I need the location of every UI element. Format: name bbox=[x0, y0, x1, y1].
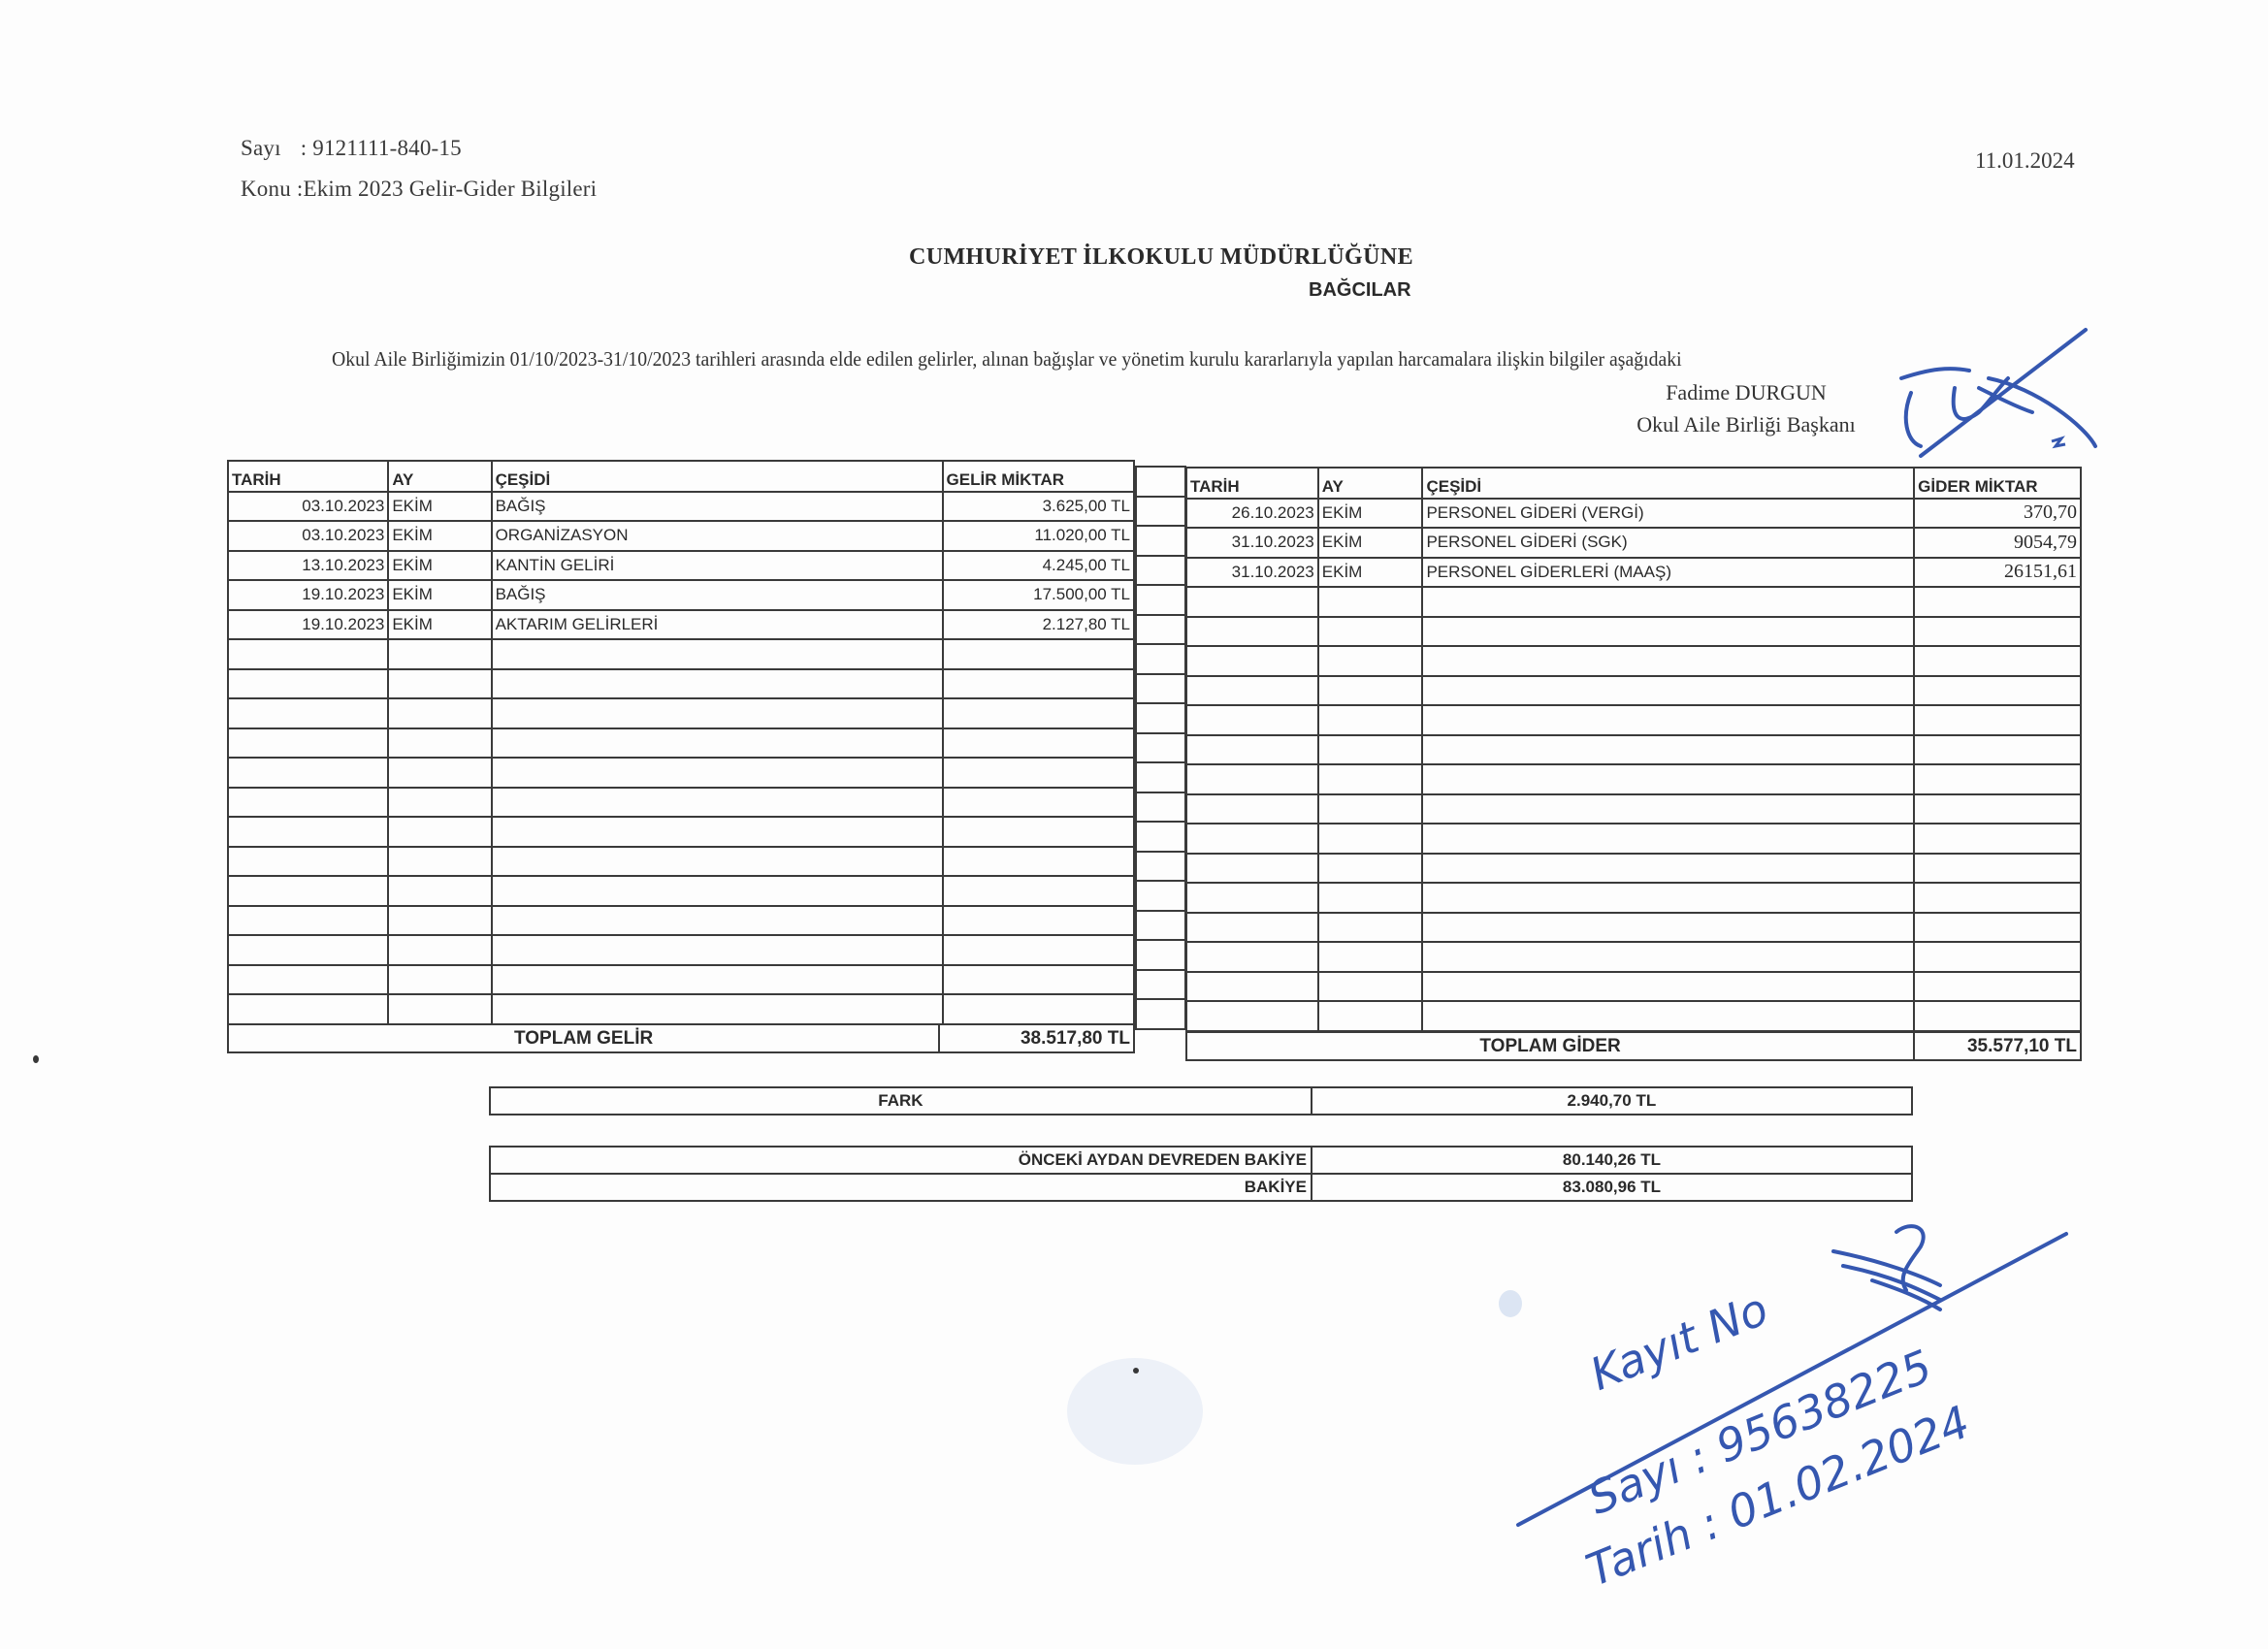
expense-cell-amount bbox=[1914, 972, 2081, 1002]
spacer-cell bbox=[1136, 674, 1185, 704]
income-cell-month bbox=[388, 758, 491, 788]
expense-header-type: ÇEŞİDİ bbox=[1422, 468, 1914, 499]
expense-cell-date bbox=[1186, 735, 1318, 765]
expense-cell-type bbox=[1422, 705, 1914, 735]
previous-balance-value: 80.140,26 TL bbox=[1312, 1147, 1912, 1174]
income-header-amount: GELİR MİKTAR bbox=[943, 461, 1134, 492]
income-cell-amount bbox=[943, 994, 1134, 1024]
expense-row: 31.10.2023EKİMPERSONEL GİDERLERİ (MAAŞ)2… bbox=[1186, 558, 2081, 588]
income-cell-type bbox=[492, 698, 943, 728]
income-table: TARİH AY ÇEŞİDİ GELİR MİKTAR 03.10.2023E… bbox=[227, 460, 1135, 1025]
balance-label: BAKİYE bbox=[490, 1174, 1312, 1201]
income-cell-amount bbox=[943, 847, 1134, 877]
expense-cell-month bbox=[1318, 794, 1423, 824]
income-cell-amount bbox=[943, 669, 1134, 699]
income-cell-amount bbox=[943, 639, 1134, 669]
expense-total-value: 35.577,10 TL bbox=[1914, 1032, 2081, 1060]
expense-cell-type bbox=[1422, 972, 1914, 1002]
income-cell-month bbox=[388, 728, 491, 759]
income-cell-type bbox=[492, 965, 943, 995]
income-total-table: TOPLAM GELİR 38.517,80 TL bbox=[227, 1023, 1135, 1053]
expense-row bbox=[1186, 913, 2081, 943]
difference-table: FARK 2.940,70 TL bbox=[489, 1086, 1913, 1115]
expense-cell-date: 31.10.2023 bbox=[1186, 528, 1318, 558]
income-cell-date: 03.10.2023 bbox=[228, 521, 388, 551]
expense-row bbox=[1186, 883, 2081, 913]
income-cell-type: ORGANİZASYON bbox=[492, 521, 943, 551]
scan-smudge bbox=[1067, 1358, 1203, 1465]
spacer-cell bbox=[1136, 852, 1185, 882]
income-cell-date bbox=[228, 728, 388, 759]
income-cell-date bbox=[228, 994, 388, 1024]
reference-number: Sayı: 9121111-840-15 bbox=[241, 136, 462, 161]
income-row bbox=[228, 906, 1134, 936]
spacer-row bbox=[1136, 970, 1185, 1000]
spacer-cell bbox=[1136, 585, 1185, 615]
income-cell-type bbox=[492, 788, 943, 818]
income-cell-amount bbox=[943, 788, 1134, 818]
expense-cell-type bbox=[1422, 883, 1914, 913]
income-cell-month bbox=[388, 876, 491, 906]
spacer-row bbox=[1136, 762, 1185, 792]
expense-cell-month bbox=[1318, 705, 1423, 735]
income-cell-date bbox=[228, 788, 388, 818]
income-row bbox=[228, 935, 1134, 965]
expense-cell-month bbox=[1318, 942, 1423, 972]
income-row bbox=[228, 965, 1134, 995]
income-header-type: ÇEŞİDİ bbox=[492, 461, 943, 492]
income-cell-amount: 2.127,80 TL bbox=[943, 610, 1134, 640]
expense-row bbox=[1186, 646, 2081, 676]
income-row bbox=[228, 698, 1134, 728]
difference-value: 2.940,70 TL bbox=[1312, 1087, 1912, 1115]
income-cell-date: 19.10.2023 bbox=[228, 610, 388, 640]
income-cell-type bbox=[492, 669, 943, 699]
expense-cell-amount bbox=[1914, 617, 2081, 647]
income-total-label: TOPLAM GELİR bbox=[228, 1024, 939, 1052]
income-cell-type bbox=[492, 994, 943, 1024]
income-cell-month bbox=[388, 847, 491, 877]
income-cell-type bbox=[492, 876, 943, 906]
addressee-title: CUMHURİYET İLKOKULU MÜDÜRLÜĞÜNE bbox=[909, 244, 1413, 271]
spacer-cell bbox=[1136, 940, 1185, 970]
difference-label: FARK bbox=[490, 1087, 1312, 1115]
income-cell-type bbox=[492, 728, 943, 759]
expense-cell-date bbox=[1186, 646, 1318, 676]
expense-row bbox=[1186, 764, 2081, 794]
income-cell-date bbox=[228, 758, 388, 788]
expense-row bbox=[1186, 854, 2081, 884]
signatory-role: Okul Aile Birliği Başkanı bbox=[1591, 412, 1901, 437]
income-row bbox=[228, 994, 1134, 1024]
spacer-cell bbox=[1136, 703, 1185, 733]
expense-cell-amount bbox=[1914, 705, 2081, 735]
income-total-row: TOPLAM GELİR 38.517,80 TL bbox=[228, 1024, 1134, 1052]
income-cell-month: EKİM bbox=[388, 610, 491, 640]
balance-row: BAKİYE 83.080,96 TL bbox=[490, 1174, 1912, 1201]
income-cell-amount bbox=[943, 698, 1134, 728]
expense-cell-date bbox=[1186, 1001, 1318, 1031]
income-cell-type bbox=[492, 639, 943, 669]
income-cell-month: EKİM bbox=[388, 521, 491, 551]
expense-cell-month bbox=[1318, 676, 1423, 706]
income-cell-date bbox=[228, 847, 388, 877]
expense-cell-type bbox=[1422, 587, 1914, 617]
spacer-cell bbox=[1136, 881, 1185, 911]
income-cell-type: BAĞIŞ bbox=[492, 492, 943, 522]
expense-cell-date bbox=[1186, 764, 1318, 794]
scan-dot bbox=[33, 1055, 39, 1063]
income-row: 19.10.2023EKİMAKTARIM GELİRLERİ2.127,80 … bbox=[228, 610, 1134, 640]
expense-cell-amount: 370,70 bbox=[1914, 499, 2081, 529]
income-row bbox=[228, 639, 1134, 669]
income-row: 13.10.2023EKİMKANTİN GELİRİ4.245,00 TL bbox=[228, 551, 1134, 581]
expense-cell-date bbox=[1186, 824, 1318, 854]
expense-row: 31.10.2023EKİMPERSONEL GİDERİ (SGK)9054,… bbox=[1186, 528, 2081, 558]
income-cell-date bbox=[228, 669, 388, 699]
expense-cell-month bbox=[1318, 1001, 1423, 1031]
income-cell-month bbox=[388, 817, 491, 847]
income-cell-month bbox=[388, 698, 491, 728]
expense-cell-type bbox=[1422, 617, 1914, 647]
balance-table: ÖNCEKİ AYDAN DEVREDEN BAKİYE 80.140,26 T… bbox=[489, 1146, 1913, 1202]
subject-value: :Ekim 2023 Gelir-Gider Bilgileri bbox=[297, 177, 597, 201]
spacer-cell bbox=[1136, 467, 1185, 497]
expense-cell-type bbox=[1422, 1001, 1914, 1031]
income-cell-month: EKİM bbox=[388, 551, 491, 581]
income-cell-amount bbox=[943, 935, 1134, 965]
expense-row: 26.10.2023EKİMPERSONEL GİDERİ (VERGİ)370… bbox=[1186, 499, 2081, 529]
spacer-column bbox=[1135, 466, 1186, 1030]
expense-cell-amount bbox=[1914, 1001, 2081, 1031]
income-cell-amount: 3.625,00 TL bbox=[943, 492, 1134, 522]
income-row bbox=[228, 817, 1134, 847]
income-total-value: 38.517,80 TL bbox=[939, 1024, 1134, 1052]
expense-cell-date bbox=[1186, 854, 1318, 884]
expense-cell-amount bbox=[1914, 764, 2081, 794]
spacer-row bbox=[1136, 497, 1185, 527]
spacer-cell bbox=[1136, 556, 1185, 586]
expense-table: TARİH AY ÇEŞİDİ GİDER MİKTAR 26.10.2023E… bbox=[1185, 467, 2082, 1032]
spacer-cell bbox=[1136, 970, 1185, 1000]
income-cell-date bbox=[228, 906, 388, 936]
spacer-row bbox=[1136, 940, 1185, 970]
expense-cell-month bbox=[1318, 587, 1423, 617]
spacer-row bbox=[1136, 999, 1185, 1029]
document-date: 11.01.2024 bbox=[1975, 148, 2075, 174]
income-cell-month bbox=[388, 994, 491, 1024]
expense-cell-amount bbox=[1914, 942, 2081, 972]
expense-cell-amount bbox=[1914, 883, 2081, 913]
scanned-document-page: Sayı: 9121111-840-15 Konu :Ekim 2023 Gel… bbox=[0, 0, 2268, 1649]
income-cell-month bbox=[388, 639, 491, 669]
spacer-row bbox=[1136, 644, 1185, 674]
income-cell-type: KANTİN GELİRİ bbox=[492, 551, 943, 581]
income-cell-amount bbox=[943, 728, 1134, 759]
spacer-cell bbox=[1136, 999, 1185, 1029]
expense-cell-date bbox=[1186, 883, 1318, 913]
income-row bbox=[228, 876, 1134, 906]
expense-cell-date bbox=[1186, 587, 1318, 617]
income-row bbox=[228, 788, 1134, 818]
income-cell-date bbox=[228, 639, 388, 669]
income-cell-type bbox=[492, 847, 943, 877]
expense-cell-type bbox=[1422, 764, 1914, 794]
scan-dot bbox=[1133, 1368, 1139, 1374]
expense-cell-type: PERSONEL GİDERİ (SGK) bbox=[1422, 528, 1914, 558]
income-cell-amount: 4.245,00 TL bbox=[943, 551, 1134, 581]
expense-cell-amount bbox=[1914, 587, 2081, 617]
income-cell-amount bbox=[943, 758, 1134, 788]
expense-header-date: TARİH bbox=[1186, 468, 1318, 499]
expense-cell-type bbox=[1422, 676, 1914, 706]
expense-cell-type bbox=[1422, 735, 1914, 765]
income-cell-date bbox=[228, 965, 388, 995]
expense-row bbox=[1186, 587, 2081, 617]
body-paragraph: Okul Aile Birliğimizin 01/10/2023-31/10/… bbox=[332, 347, 1682, 372]
spacer-row bbox=[1136, 526, 1185, 556]
expense-row bbox=[1186, 617, 2081, 647]
expense-cell-month bbox=[1318, 617, 1423, 647]
expense-cell-amount: 9054,79 bbox=[1914, 528, 2081, 558]
income-cell-type bbox=[492, 817, 943, 847]
expense-row bbox=[1186, 942, 2081, 972]
expense-cell-month bbox=[1318, 854, 1423, 884]
spacer-cell bbox=[1136, 762, 1185, 792]
expense-cell-month: EKİM bbox=[1318, 558, 1423, 588]
expense-cell-amount bbox=[1914, 794, 2081, 824]
reference-number-label: Sayı bbox=[241, 136, 281, 160]
previous-balance-label: ÖNCEKİ AYDAN DEVREDEN BAKİYE bbox=[490, 1147, 1312, 1174]
spacer-row bbox=[1136, 822, 1185, 852]
expense-cell-type bbox=[1422, 913, 1914, 943]
expense-header-month: AY bbox=[1318, 468, 1423, 499]
income-cell-date bbox=[228, 935, 388, 965]
income-cell-month: EKİM bbox=[388, 580, 491, 610]
income-cell-month bbox=[388, 788, 491, 818]
income-cell-amount bbox=[943, 906, 1134, 936]
expense-row bbox=[1186, 972, 2081, 1002]
spacer-cell bbox=[1136, 733, 1185, 763]
expense-total-table: TOPLAM GİDER 35.577,10 TL bbox=[1185, 1031, 2082, 1061]
subject-line: Konu :Ekim 2023 Gelir-Gider Bilgileri bbox=[241, 177, 597, 202]
income-cell-month bbox=[388, 669, 491, 699]
difference-row: FARK 2.940,70 TL bbox=[490, 1087, 1912, 1115]
expense-cell-date bbox=[1186, 794, 1318, 824]
income-cell-type bbox=[492, 906, 943, 936]
income-row bbox=[228, 758, 1134, 788]
income-row bbox=[228, 669, 1134, 699]
expense-row bbox=[1186, 735, 2081, 765]
spacer-row bbox=[1136, 703, 1185, 733]
scan-smudge bbox=[1499, 1290, 1522, 1317]
signature-icon bbox=[1863, 320, 2115, 466]
expense-cell-date bbox=[1186, 676, 1318, 706]
expense-row bbox=[1186, 794, 2081, 824]
expense-cell-month bbox=[1318, 824, 1423, 854]
expense-cell-date: 31.10.2023 bbox=[1186, 558, 1318, 588]
expense-cell-amount bbox=[1914, 824, 2081, 854]
spacer-cell bbox=[1136, 911, 1185, 941]
expense-cell-amount bbox=[1914, 854, 2081, 884]
expense-total-row: TOPLAM GİDER 35.577,10 TL bbox=[1186, 1032, 2081, 1060]
spacer-cell bbox=[1136, 615, 1185, 645]
income-header-date: TARİH bbox=[228, 461, 388, 492]
income-cell-amount bbox=[943, 817, 1134, 847]
income-header-row: TARİH AY ÇEŞİDİ GELİR MİKTAR bbox=[228, 461, 1134, 492]
expense-cell-month: EKİM bbox=[1318, 499, 1423, 529]
expense-row bbox=[1186, 705, 2081, 735]
expense-cell-type: PERSONEL GİDERLERİ (MAAŞ) bbox=[1422, 558, 1914, 588]
expense-cell-month bbox=[1318, 972, 1423, 1002]
spacer-row bbox=[1136, 467, 1185, 497]
expense-cell-type bbox=[1422, 824, 1914, 854]
expense-cell-date: 26.10.2023 bbox=[1186, 499, 1318, 529]
income-cell-month: EKİM bbox=[388, 492, 491, 522]
expense-cell-date bbox=[1186, 942, 1318, 972]
expense-header-row: TARİH AY ÇEŞİDİ GİDER MİKTAR bbox=[1186, 468, 2081, 499]
expense-cell-amount bbox=[1914, 676, 2081, 706]
expense-cell-amount bbox=[1914, 646, 2081, 676]
expense-cell-type: PERSONEL GİDERİ (VERGİ) bbox=[1422, 499, 1914, 529]
expense-cell-month bbox=[1318, 883, 1423, 913]
expense-cell-type bbox=[1422, 794, 1914, 824]
spacer-row bbox=[1136, 674, 1185, 704]
income-row: 19.10.2023EKİMBAĞIŞ17.500,00 TL bbox=[228, 580, 1134, 610]
spacer-row bbox=[1136, 792, 1185, 823]
expense-cell-month: EKİM bbox=[1318, 528, 1423, 558]
spacer-row bbox=[1136, 556, 1185, 586]
balance-value: 83.080,96 TL bbox=[1312, 1174, 1912, 1201]
previous-balance-row: ÖNCEKİ AYDAN DEVREDEN BAKİYE 80.140,26 T… bbox=[490, 1147, 1912, 1174]
spacer-cell bbox=[1136, 822, 1185, 852]
spacer-row bbox=[1136, 585, 1185, 615]
income-cell-month bbox=[388, 935, 491, 965]
spacer-row bbox=[1136, 852, 1185, 882]
income-header-month: AY bbox=[388, 461, 491, 492]
spacer-cell bbox=[1136, 497, 1185, 527]
expense-cell-amount bbox=[1914, 913, 2081, 943]
expense-row bbox=[1186, 1001, 2081, 1031]
income-cell-date: 19.10.2023 bbox=[228, 580, 388, 610]
income-cell-type bbox=[492, 758, 943, 788]
expense-total-label: TOPLAM GİDER bbox=[1186, 1032, 1914, 1060]
spacer-row bbox=[1136, 911, 1185, 941]
income-row: 03.10.2023EKİMORGANİZASYON11.020,00 TL bbox=[228, 521, 1134, 551]
expense-header-amount: GİDER MİKTAR bbox=[1914, 468, 2081, 499]
expense-cell-date bbox=[1186, 972, 1318, 1002]
signatory-name: Fadime DURGUN bbox=[1591, 380, 1901, 405]
income-row: 03.10.2023EKİMBAĞIŞ3.625,00 TL bbox=[228, 492, 1134, 522]
income-cell-date bbox=[228, 698, 388, 728]
income-cell-type: AKTARIM GELİRLERİ bbox=[492, 610, 943, 640]
expense-cell-date bbox=[1186, 705, 1318, 735]
income-cell-date bbox=[228, 817, 388, 847]
expense-cell-month bbox=[1318, 646, 1423, 676]
income-row bbox=[228, 728, 1134, 759]
income-cell-month bbox=[388, 965, 491, 995]
reference-number-value: : 9121111-840-15 bbox=[301, 136, 462, 160]
expense-cell-type bbox=[1422, 854, 1914, 884]
income-cell-type: BAĞIŞ bbox=[492, 580, 943, 610]
income-row bbox=[228, 847, 1134, 877]
expense-cell-amount: 26151,61 bbox=[1914, 558, 2081, 588]
spacer-row bbox=[1136, 615, 1185, 645]
expense-row bbox=[1186, 676, 2081, 706]
expense-cell-date bbox=[1186, 617, 1318, 647]
expense-cell-amount bbox=[1914, 735, 2081, 765]
spacer-cell bbox=[1136, 792, 1185, 823]
spacer-cell bbox=[1136, 644, 1185, 674]
addressee-district: BAĞCILAR bbox=[1309, 279, 1411, 302]
income-cell-amount: 17.500,00 TL bbox=[943, 580, 1134, 610]
expense-cell-type bbox=[1422, 646, 1914, 676]
income-cell-month bbox=[388, 906, 491, 936]
spacer-row bbox=[1136, 733, 1185, 763]
expense-cell-month bbox=[1318, 764, 1423, 794]
expense-cell-date bbox=[1186, 913, 1318, 943]
income-cell-amount bbox=[943, 876, 1134, 906]
expense-cell-type bbox=[1422, 942, 1914, 972]
expense-row bbox=[1186, 824, 2081, 854]
subject-label: Konu bbox=[241, 177, 291, 201]
spacer-row bbox=[1136, 881, 1185, 911]
income-cell-date: 03.10.2023 bbox=[228, 492, 388, 522]
income-cell-type bbox=[492, 935, 943, 965]
expense-cell-month bbox=[1318, 913, 1423, 943]
income-cell-date: 13.10.2023 bbox=[228, 551, 388, 581]
income-cell-amount bbox=[943, 965, 1134, 995]
income-cell-date bbox=[228, 876, 388, 906]
expense-cell-month bbox=[1318, 735, 1423, 765]
spacer-cell bbox=[1136, 526, 1185, 556]
income-cell-amount: 11.020,00 TL bbox=[943, 521, 1134, 551]
